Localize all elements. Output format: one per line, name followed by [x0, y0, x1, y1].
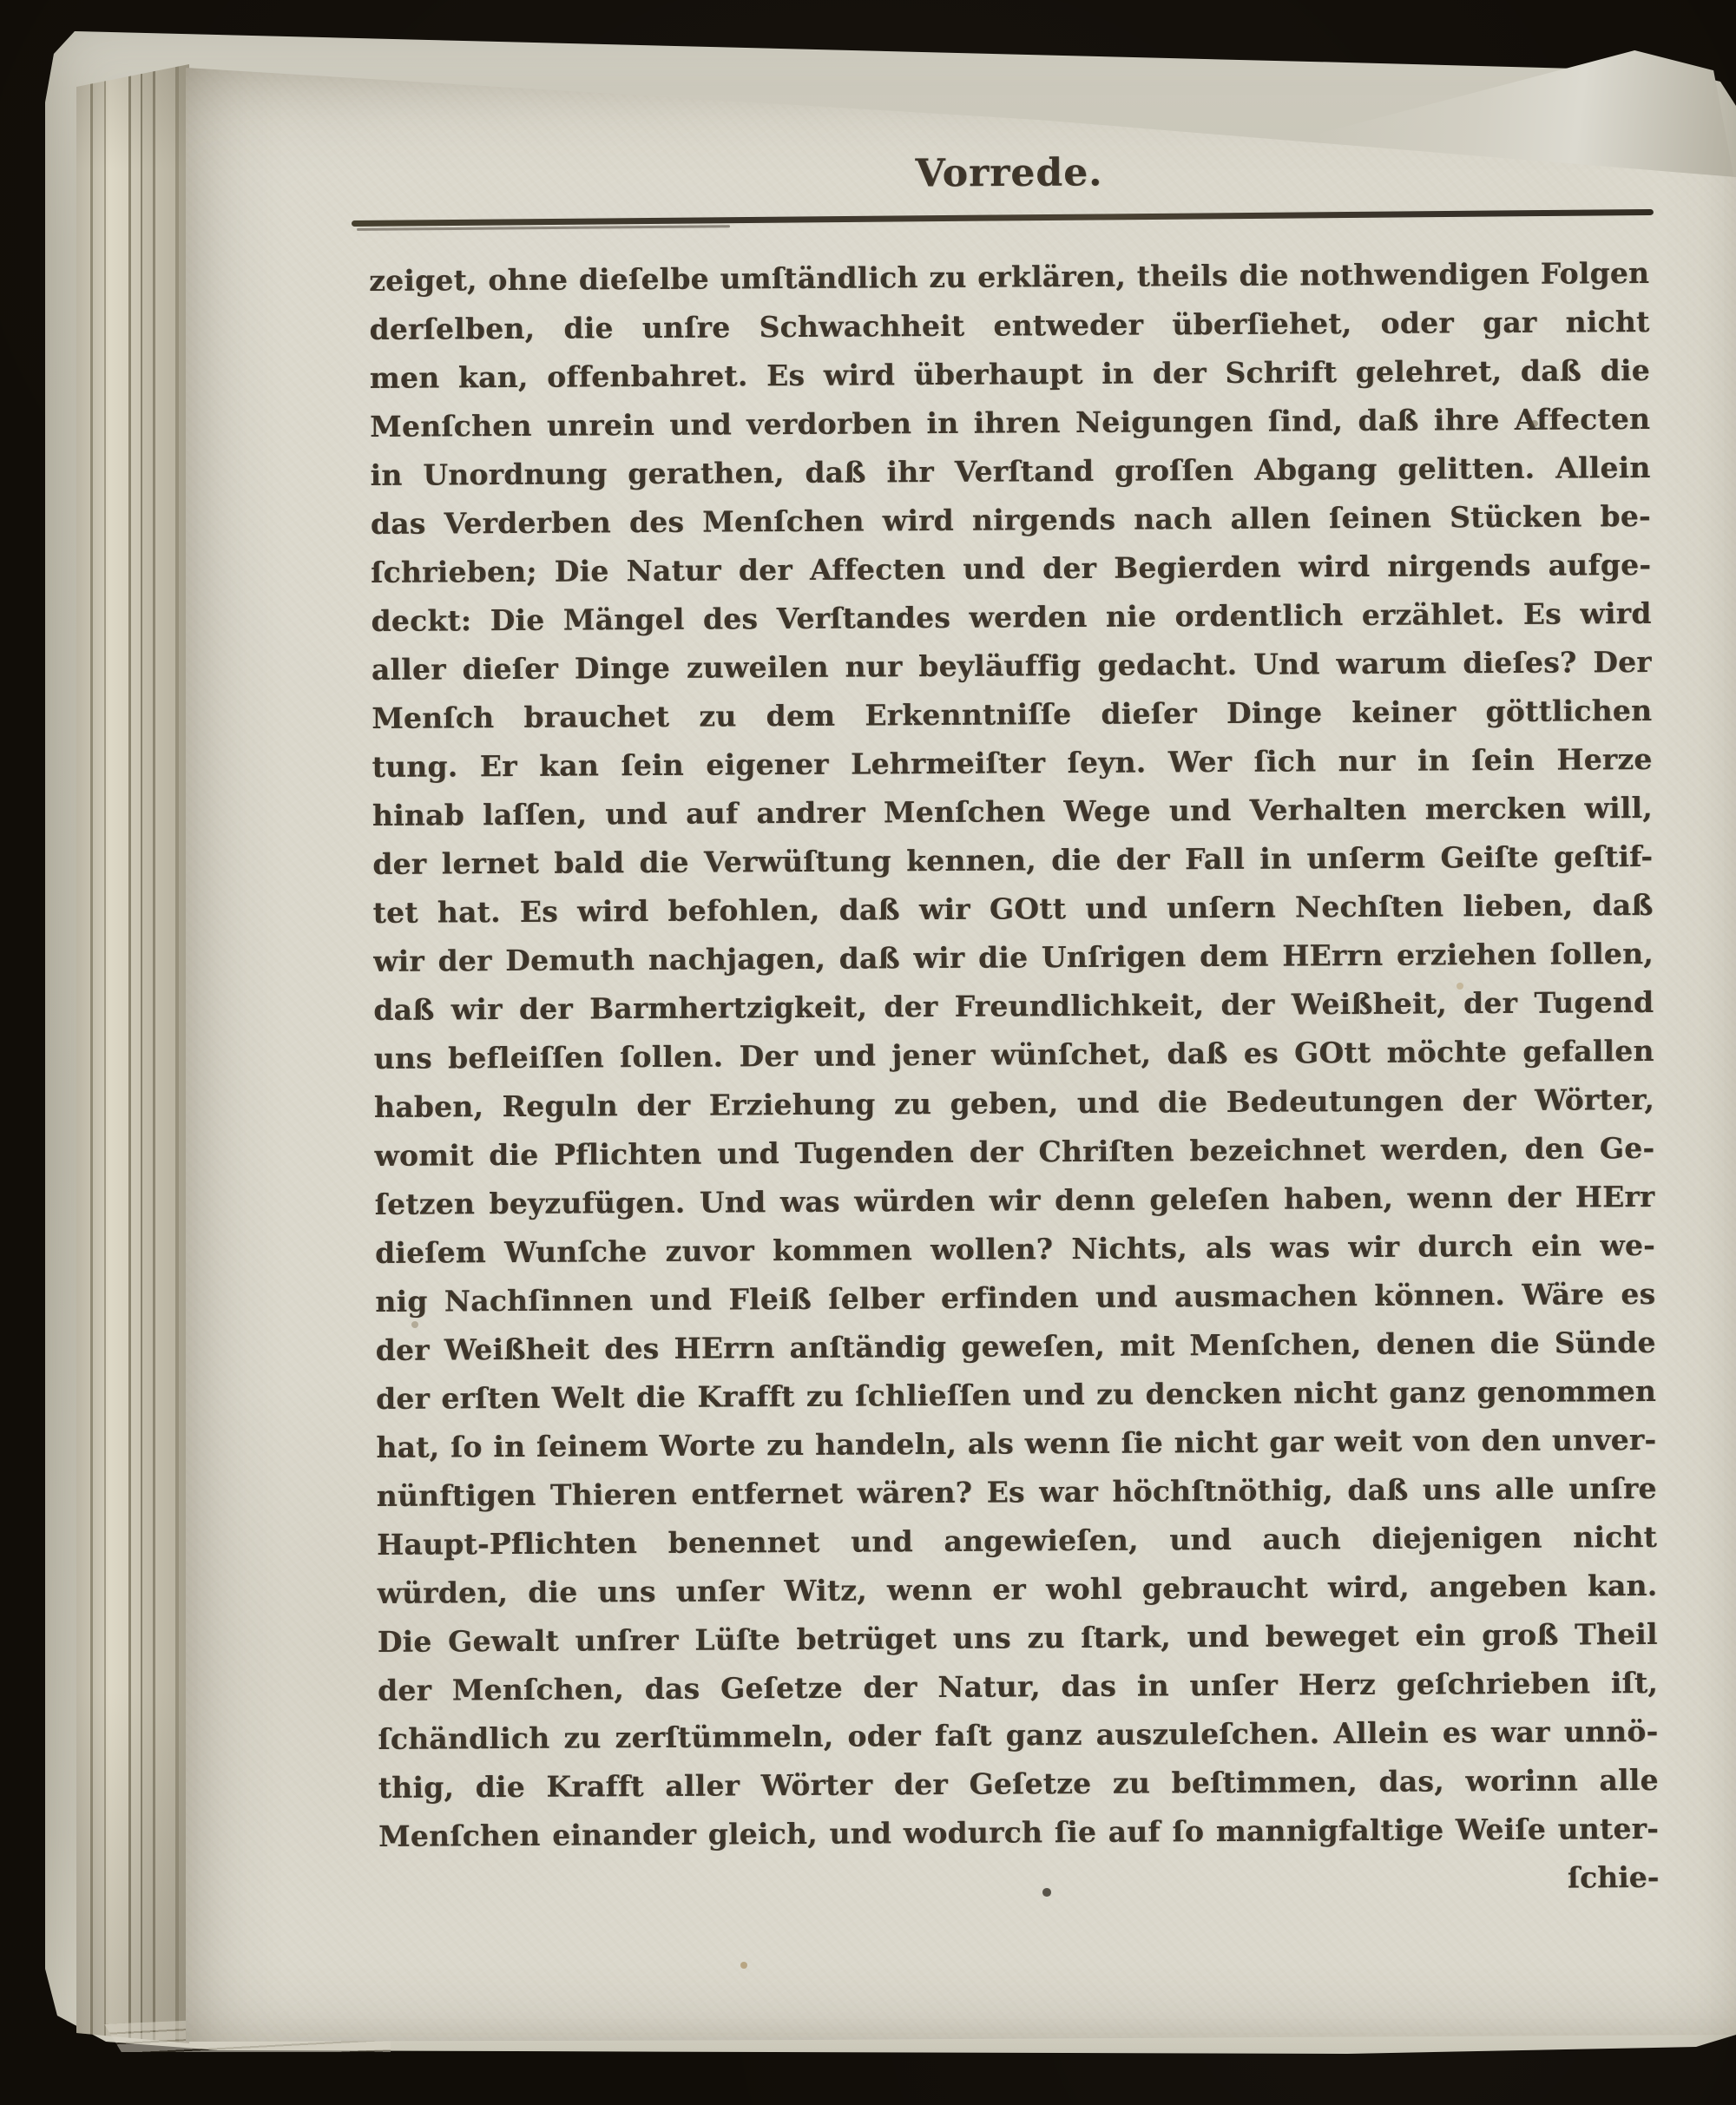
text-line: daß wir der Barmhertzigkeit, der Freundl…: [373, 978, 1654, 1035]
text-line: thig, die Krafft aller Wörter der Geſetz…: [378, 1756, 1659, 1812]
text-line: womit die Pflichten und Tugenden der Chr…: [374, 1124, 1654, 1181]
text-line: der lernet bald die Verwüſtung kennen, d…: [372, 832, 1653, 889]
text-line: hat, ſo in ſeinem Worte zu handeln, als …: [376, 1416, 1656, 1472]
text-line: ſchändlich zu zerſtümmeln, oder faſt gan…: [378, 1707, 1658, 1764]
text-line: hinab laſſen, und auf andrer Menſchen We…: [372, 784, 1653, 840]
text-line: nünftigen Thieren entfernet wären? Es wa…: [377, 1464, 1657, 1521]
text-line: würden, die uns unſer Witz, wenn er wohl…: [377, 1562, 1657, 1618]
text-line: deckt: Die Mängel des Verſtandes werden …: [371, 589, 1651, 646]
text-line: ſchrieben; Die Natur der Affecten und de…: [371, 541, 1651, 597]
text-line: Menſchen unrein und verdorben in ihren N…: [370, 395, 1650, 451]
text-line: Menſchen einander gleich, und wodurch ſi…: [378, 1805, 1659, 1861]
text-line: Haupt-Pflichten benennet und angewieſen,…: [377, 1513, 1657, 1569]
text-line: in Unordnung gerathen, daß ihr Verſtand …: [370, 444, 1650, 500]
text-line: der Menſchen, das Geſetze der Natur, das…: [378, 1659, 1658, 1715]
book-photo: Vorrede. zeiget, ohne dieſelbe umſtändli…: [0, 0, 1736, 2105]
text-line: ſetzen beyzufügen. Und was würden wir de…: [374, 1173, 1654, 1229]
page-heading: Vorrede.: [369, 148, 1649, 199]
text-line: dieſem Wunſche zuvor kommen wollen? Nich…: [375, 1221, 1655, 1278]
text-line: Menſch brauchet zu dem Erkenntniſſe dieſ…: [372, 687, 1652, 743]
heading-rule: [352, 209, 1654, 227]
text-line: der erſten Welt die Krafft zu ſchlieſſen…: [376, 1367, 1656, 1424]
text-line: men kan, offenbahret. Es wird überhaupt …: [370, 346, 1650, 403]
text-line: zeiget, ohne dieſelbe umſtändlich zu erk…: [369, 249, 1649, 306]
text-line: das Verderben des Menſchen wird nirgends…: [371, 492, 1651, 549]
text-line: wir der Demuth nachjagen, daß wir die Un…: [373, 930, 1654, 986]
book-page: Vorrede. zeiget, ohne dieſelbe umſtändli…: [186, 49, 1736, 2045]
text-line: der Weißheit des HErrn anſtändig geweſen…: [376, 1319, 1656, 1375]
text-line: tet hat. Es wird befohlen, daß wir GOtt …: [372, 881, 1653, 937]
text-line: nig Nachſinnen und Fleiß ſelber erfinden…: [375, 1270, 1655, 1326]
text-line: haben, Reguln der Erziehung zu geben, un…: [374, 1076, 1654, 1132]
page-edge-stack: [76, 50, 189, 2049]
text-block: zeiget, ohne dieſelbe umſtändlich zu erk…: [369, 249, 1659, 1861]
page-surface: Vorrede. zeiget, ohne dieſelbe umſtändli…: [186, 49, 1736, 2045]
text-line: derſelben, die unſre Schwachheit entwede…: [369, 298, 1649, 354]
text-area: zeiget, ohne dieſelbe umſtändlich zu erk…: [369, 249, 1660, 1910]
text-line: Die Gewalt unſrer Lüſte betrüget uns zu …: [378, 1610, 1658, 1667]
catchword: ſchie-: [378, 1853, 1659, 1910]
text-line: tung. Er kan ſein eigener Lehrmeiſter ſe…: [372, 735, 1652, 792]
text-line: aller dieſer Dinge zuweilen nur beyläuff…: [372, 638, 1652, 694]
text-line: uns befleiſſen ſollen. Der und jener wün…: [373, 1027, 1654, 1083]
